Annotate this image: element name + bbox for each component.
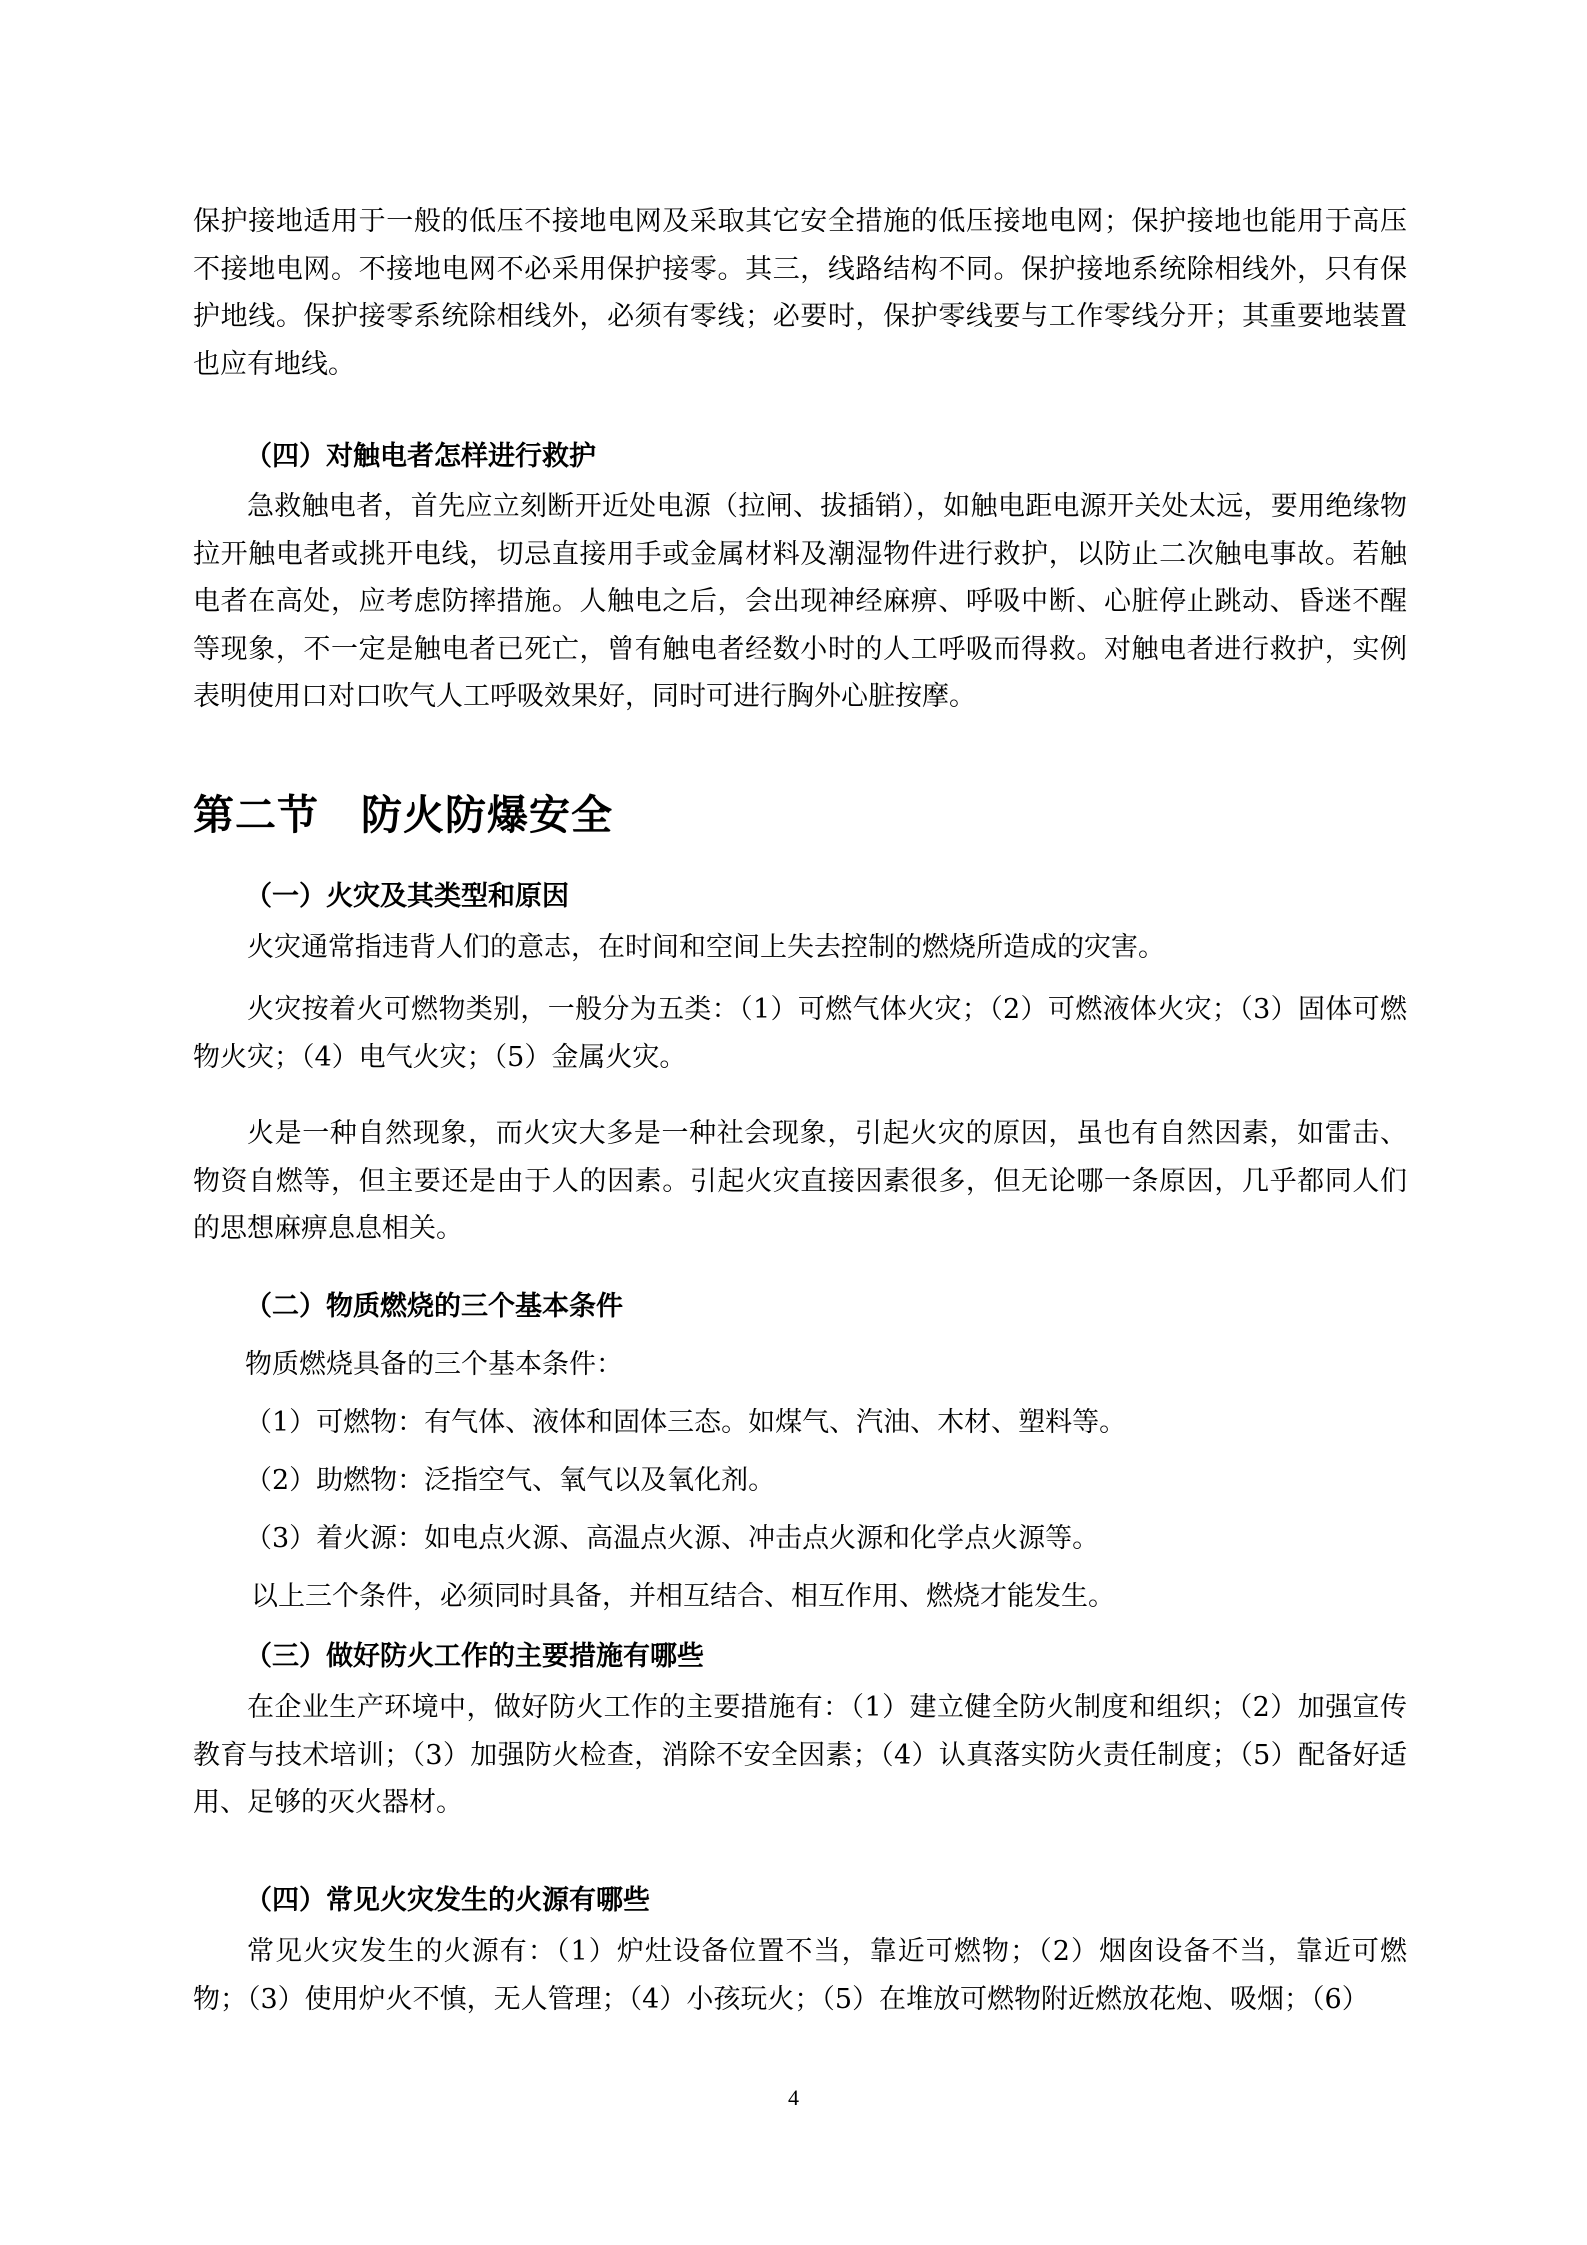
section-title: 第二节 防火防爆安全: [193, 790, 613, 840]
rescue-heading: （四）对触电者怎样进行救护: [245, 440, 596, 474]
part-2-intro: 物质燃烧具备的三个基本条件：: [245, 1348, 623, 1382]
part-3-paragraph: 在企业生产环境中，做好防火工作的主要措施有：（1）建立健全防火制度和组织；（2）…: [193, 1684, 1407, 1827]
part-1-paragraph-3: 火是一种自然现象，而火灾大多是一种社会现象，引起火灾的原因，虽也有自然因素，如雷…: [193, 1110, 1407, 1253]
part-2-heading: （二）物质燃烧的三个基本条件: [245, 1290, 623, 1324]
rescue-paragraph: 急救触电者，首先应立刻断开近处电源（拉闸、拔插销），如触电距电源开关处太远，要用…: [193, 483, 1407, 721]
part-4-paragraph: 常见火灾发生的火源有：（1）炉灶设备位置不当，靠近可燃物；（2）烟囱设备不当，靠…: [193, 1928, 1407, 2023]
condition-item-1: （1）可燃物：有气体、液体和固体三态。如煤气、汽油、木材、塑料等。: [245, 1406, 1126, 1440]
page-number: 4: [0, 2084, 1587, 2112]
conditions-conclusion: 以上三个条件，必须同时具备，并相互结合、相互作用、燃烧才能发生。: [251, 1580, 1115, 1614]
part-1-heading: （一）火灾及其类型和原因: [245, 880, 569, 914]
condition-item-2: （2）助燃物：泛指空气、氧气以及氧化剂。: [245, 1464, 775, 1498]
intro-paragraph: 保护接地适用于一般的低压不接地电网及采取其它安全措施的低压接地电网；保护接地也能…: [193, 198, 1407, 388]
condition-item-3: （3）着火源：如电点火源、高温点火源、冲击点火源和化学点火源等。: [245, 1522, 1099, 1556]
part-3-heading: （三）做好防火工作的主要措施有哪些: [245, 1640, 704, 1674]
part-1-paragraph-1: 火灾通常指违背人们的意志，在时间和空间上失去控制的燃烧所造成的灾害。: [193, 924, 1407, 972]
part-4-heading: （四）常见火灾发生的火源有哪些: [245, 1884, 650, 1918]
part-1-paragraph-2: 火灾按着火可燃物类别，一般分为五类：（1）可燃气体火灾；（2）可燃液体火灾；（3…: [193, 986, 1407, 1081]
